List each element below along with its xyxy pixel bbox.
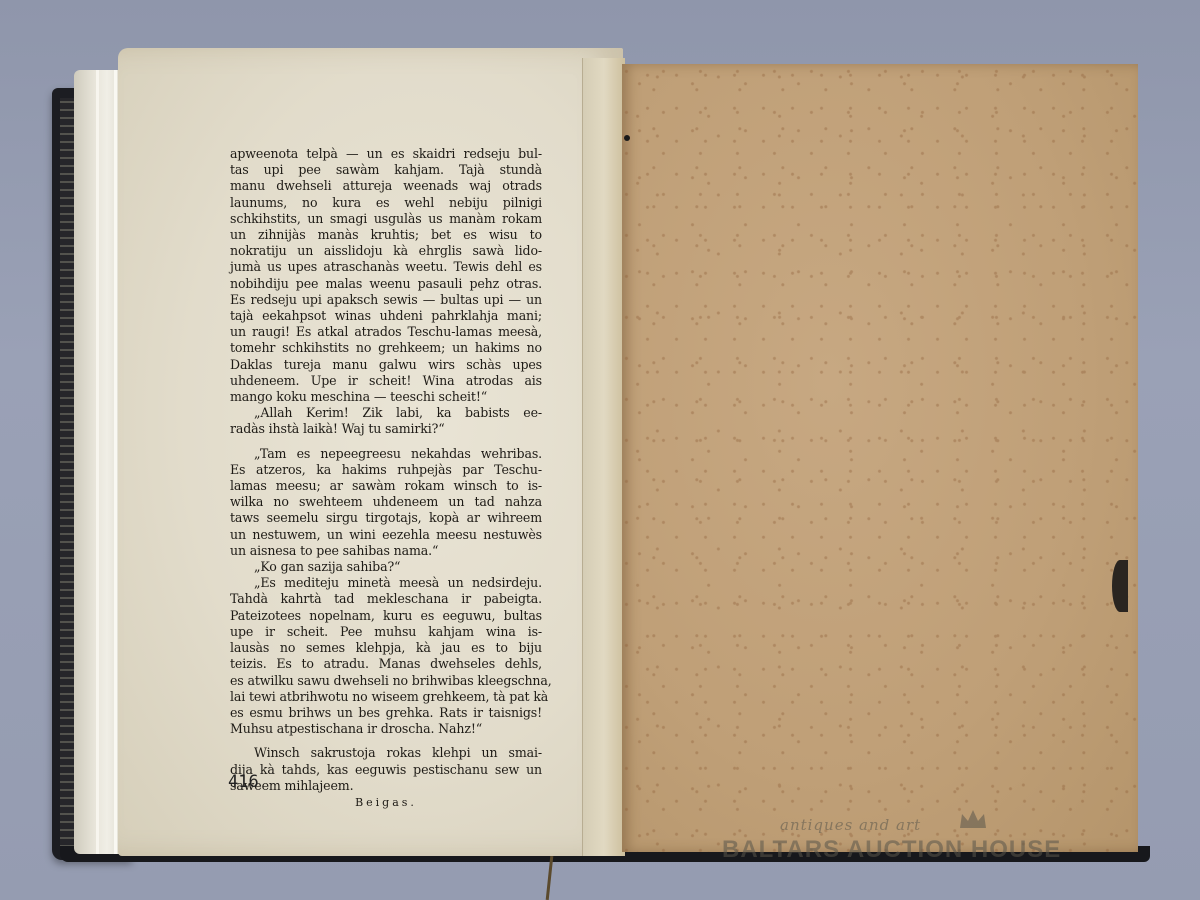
gutter-fold — [582, 58, 625, 856]
text-line: saweem mihlajeem. — [230, 778, 542, 794]
watermark-subtitle: antiques and art — [780, 816, 921, 834]
dialogue-line: „Ko gan sazija sahiba?“ — [230, 559, 542, 575]
binding-hole — [624, 135, 630, 141]
text-line: un aisnesa to pee sahibas nama.“ — [230, 543, 542, 559]
crown-icon — [958, 808, 988, 830]
text-line: upe ir scheit. Pee muhsu kahjam wina is- — [230, 624, 542, 640]
text-line: lausàs no semes klehpja, kà jau es to bi… — [230, 640, 542, 656]
endpaper-tear — [1112, 560, 1128, 612]
text-line: Es atzeros, ka hakims ruhpejàs par Tesch… — [230, 462, 542, 478]
text-line: Pateizotees nopelnam, kuru es eeguwu, bu… — [230, 608, 542, 624]
text-line: Muhsu atpestischana ir droscha. Nahz!“ — [230, 721, 542, 737]
text-line: Tahdà kahrtà tad mekleschana ir pabeigta… — [230, 591, 542, 607]
page-number: 416 — [228, 772, 259, 792]
bookmark-ribbon — [546, 856, 554, 900]
text-line: Winsch sakrustoja rokas klehpi un smai- — [230, 745, 542, 761]
text-line: apweenota telpà — un es skaidri redseju … — [230, 146, 542, 162]
text-line: lamas meesu; ar sawàm rokam winsch to is… — [230, 478, 542, 494]
text-line: mango koku meschina — teeschi scheit!“ — [230, 389, 542, 405]
text-line: schkihstits, un smagi usgulàs us manàm r… — [230, 211, 542, 227]
text-line: „Es mediteju minetà meesà un nedsirdeju. — [230, 575, 542, 591]
text-line: tas upi pee sawàm kahjam. Tajà stundà — [230, 162, 542, 178]
watermark-title: BALTARS AUCTION HOUSE — [722, 836, 1061, 864]
text-line: uhdeneem. Upe ir scheit! Wina atrodas ai… — [230, 373, 542, 389]
end-signature: Beigas. — [230, 795, 542, 811]
text-line: un nestuwem, un wini eezehla meesu nestu… — [230, 527, 542, 543]
text-line: un zihnijàs manàs kruhtis; bet es wisu t… — [230, 227, 542, 243]
text-line: „Tam es nepeegreesu nekahdas wehribas. — [230, 446, 542, 462]
dialogue-line: radàs ihstà laikà! Waj tu samirki?“ — [230, 421, 542, 437]
text-line: tajà eekahpsot winas uhdeni pahrklahja m… — [230, 308, 542, 324]
text-line: es atwilku sawu dwehseli no brihwibas kl… — [230, 673, 542, 689]
right-page-endpaper — [622, 64, 1138, 852]
text-line: tomehr schkihstits no grehkeem; un hakim… — [230, 340, 542, 356]
text-line: wilka no swehteem uhdeneem un tad nahza — [230, 494, 542, 510]
page-text: apweenota telpà — un es skaidri redseju … — [230, 146, 542, 811]
text-line: lai tewi atbrihwotu no wiseem grehkeem, … — [230, 689, 542, 705]
dialogue-line: „Allah Kerim! Zik labi, ka babists ee- — [230, 405, 542, 421]
text-line: nobihdiju pee malas weenu pasauli pehz o… — [230, 276, 542, 292]
text-line: dija kà tahds, kas eeguwis pestischanu s… — [230, 762, 542, 778]
text-line: launums, no kura es wehl nebiju pilnigi — [230, 195, 542, 211]
book-photo: apweenota telpà — un es skaidri redseju … — [0, 0, 1200, 900]
text-line: Es redseju upi apaksch sewis — bultas up… — [230, 292, 542, 308]
text-line: Daklas tureja manu galwu wirs schàs upes — [230, 357, 542, 373]
text-line: un raugi! Es atkal atrados Teschu-lamas … — [230, 324, 542, 340]
text-line: jumà us upes atraschanàs weetu. Tewis de… — [230, 259, 542, 275]
text-line: nokratiju un aisslidoju kà ehrglis sawà … — [230, 243, 542, 259]
text-line: teizis. Es to atradu. Manas dwehseles de… — [230, 656, 542, 672]
text-line: manu dwehseli attureja weenads waj otrad… — [230, 178, 542, 194]
text-line: es esmu brihws un bes grehka. Rats ir ta… — [230, 705, 542, 721]
text-line: taws seemelu sirgu tirgotajs, kopà ar wi… — [230, 510, 542, 526]
